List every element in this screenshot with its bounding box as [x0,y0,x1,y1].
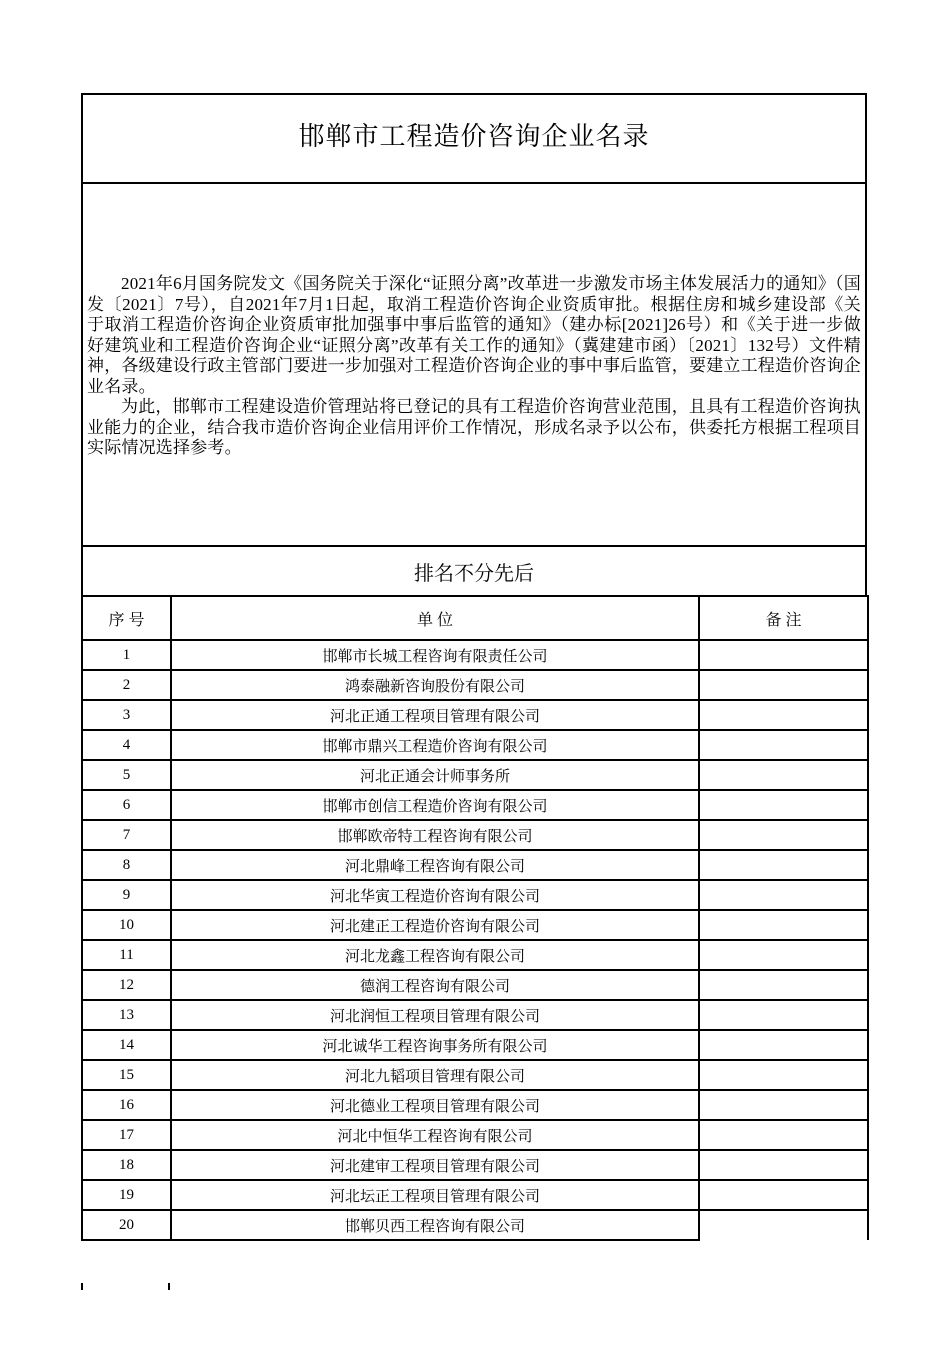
row-company-name: 邯郸欧帝特工程咨询有限公司 [171,820,699,850]
row-company-name: 河北建正工程造价咨询有限公司 [171,910,699,940]
table-row: 9 河北华寅工程造价咨询有限公司 [82,880,868,910]
table-row: 18 河北建审工程项目管理有限公司 [82,1150,868,1180]
row-remark [699,940,868,970]
table-row: 13 河北润恒工程项目管理有限公司 [82,1000,868,1030]
row-company-name: 河北鼎峰工程咨询有限公司 [171,850,699,880]
row-company-name: 邯郸市长城工程咨询有限责任公司 [171,640,699,670]
row-company-name: 河北诚华工程咨询事务所有限公司 [171,1030,699,1060]
row-remark [699,1030,868,1060]
row-company-name: 河北坛正工程项目管理有限公司 [171,1180,699,1210]
row-company-name: 河北华寅工程造价咨询有限公司 [171,880,699,910]
row-remark [699,670,868,700]
header-remark: 备 注 [699,596,868,640]
table-row: 15 河北九韬项目管理有限公司 [82,1060,868,1090]
row-serial-number: 15 [82,1060,171,1090]
row-remark [699,1150,868,1180]
table-row: 14 河北诚华工程咨询事务所有限公司 [82,1030,868,1060]
table-row: 6 邯郸市创信工程造价咨询有限公司 [82,790,868,820]
row-remark [699,880,868,910]
row-company-name: 邯郸贝西工程咨询有限公司 [171,1210,699,1240]
row-company-name: 河北德业工程项目管理有限公司 [171,1090,699,1120]
table-row: 8 河北鼎峰工程咨询有限公司 [82,850,868,880]
row-remark [699,1000,868,1030]
table-row: 2 鸿泰融新咨询股份有限公司 [82,670,868,700]
header-unit: 单 位 [171,596,699,640]
row-remark [699,700,868,730]
row-remark [699,1210,868,1240]
table-row: 20 邯郸贝西工程咨询有限公司 [82,1210,868,1240]
intro-paragraph-1: 2021年6月国务院发文《国务院关于深化“证照分离”改革进一步激发市场主体发展活… [87,274,861,397]
row-remark [699,850,868,880]
row-serial-number: 6 [82,790,171,820]
row-serial-number: 11 [82,940,171,970]
row-serial-number: 4 [82,730,171,760]
table-row: 16 河北德业工程项目管理有限公司 [82,1090,868,1120]
rank-note-section: 排名不分先后 [81,545,867,597]
table-row: 7 邯郸欧帝特工程咨询有限公司 [82,820,868,850]
row-serial-number: 8 [82,850,171,880]
row-serial-number: 5 [82,760,171,790]
row-serial-number: 16 [82,1090,171,1120]
rank-note: 排名不分先后 [414,557,534,586]
row-company-name: 河北润恒工程项目管理有限公司 [171,1000,699,1030]
table-row: 3 河北正通工程项目管理有限公司 [82,700,868,730]
row-remark [699,1180,868,1210]
row-remark [699,1120,868,1150]
table-row: 10 河北建正工程造价咨询有限公司 [82,910,868,940]
row-serial-number: 1 [82,640,171,670]
row-company-name: 河北正通工程项目管理有限公司 [171,700,699,730]
row-company-name: 河北正通会计师事务所 [171,760,699,790]
row-serial-number: 17 [82,1120,171,1150]
row-remark [699,760,868,790]
row-serial-number: 13 [82,1000,171,1030]
table-row: 19 河北坛正工程项目管理有限公司 [82,1180,868,1210]
table-row: 5 河北正通会计师事务所 [82,760,868,790]
row-company-name: 河北龙鑫工程咨询有限公司 [171,940,699,970]
row-remark [699,730,868,760]
page-title: 邯郸市工程造价咨询企业名录 [298,116,649,153]
row-company-name: 河北中恒华工程咨询有限公司 [171,1120,699,1150]
table-row: 11 河北龙鑫工程咨询有限公司 [82,940,868,970]
company-table: 序 号 单 位 备 注 1 邯郸市长城工程咨询有限责任公司 2 鸿泰融新咨询股份… [81,595,869,1241]
row-company-name: 德润工程咨询有限公司 [171,970,699,1000]
document-page: 邯郸市工程造价咨询企业名录 2021年6月国务院发文《国务院关于深化“证照分离”… [81,93,867,1241]
row-remark [699,910,868,940]
table-row: 17 河北中恒华工程咨询有限公司 [82,1120,868,1150]
row-remark [699,640,868,670]
row-remark [699,1060,868,1090]
header-serial-number: 序 号 [82,596,171,640]
table-header-row: 序 号 单 位 备 注 [82,596,868,640]
row-serial-number: 20 [82,1210,171,1240]
row-serial-number: 10 [82,910,171,940]
title-section: 邯郸市工程造价咨询企业名录 [81,93,867,184]
row-serial-number: 2 [82,670,171,700]
row-remark [699,820,868,850]
row-company-name: 河北建审工程项目管理有限公司 [171,1150,699,1180]
table-row: 1 邯郸市长城工程咨询有限责任公司 [82,640,868,670]
row-serial-number: 14 [82,1030,171,1060]
row-company-name: 鸿泰融新咨询股份有限公司 [171,670,699,700]
table-row: 4 邯郸市鼎兴工程造价咨询有限公司 [82,730,868,760]
table-row: 12 德润工程咨询有限公司 [82,970,868,1000]
next-row-border-stub-divider [168,1283,170,1290]
row-remark [699,1090,868,1120]
row-remark [699,970,868,1000]
row-serial-number: 9 [82,880,171,910]
row-remark [699,790,868,820]
next-row-border-stub-left [81,1283,83,1290]
row-company-name: 邯郸市鼎兴工程造价咨询有限公司 [171,730,699,760]
row-serial-number: 7 [82,820,171,850]
row-serial-number: 3 [82,700,171,730]
intro-section: 2021年6月国务院发文《国务院关于深化“证照分离”改革进一步激发市场主体发展活… [81,182,867,547]
row-company-name: 邯郸市创信工程造价咨询有限公司 [171,790,699,820]
intro-paragraph-2: 为此，邯郸市工程建设造价管理站将已登记的具有工程造价咨询营业范围，且具有工程造价… [87,397,861,459]
row-serial-number: 18 [82,1150,171,1180]
row-serial-number: 12 [82,970,171,1000]
row-company-name: 河北九韬项目管理有限公司 [171,1060,699,1090]
row-serial-number: 19 [82,1180,171,1210]
